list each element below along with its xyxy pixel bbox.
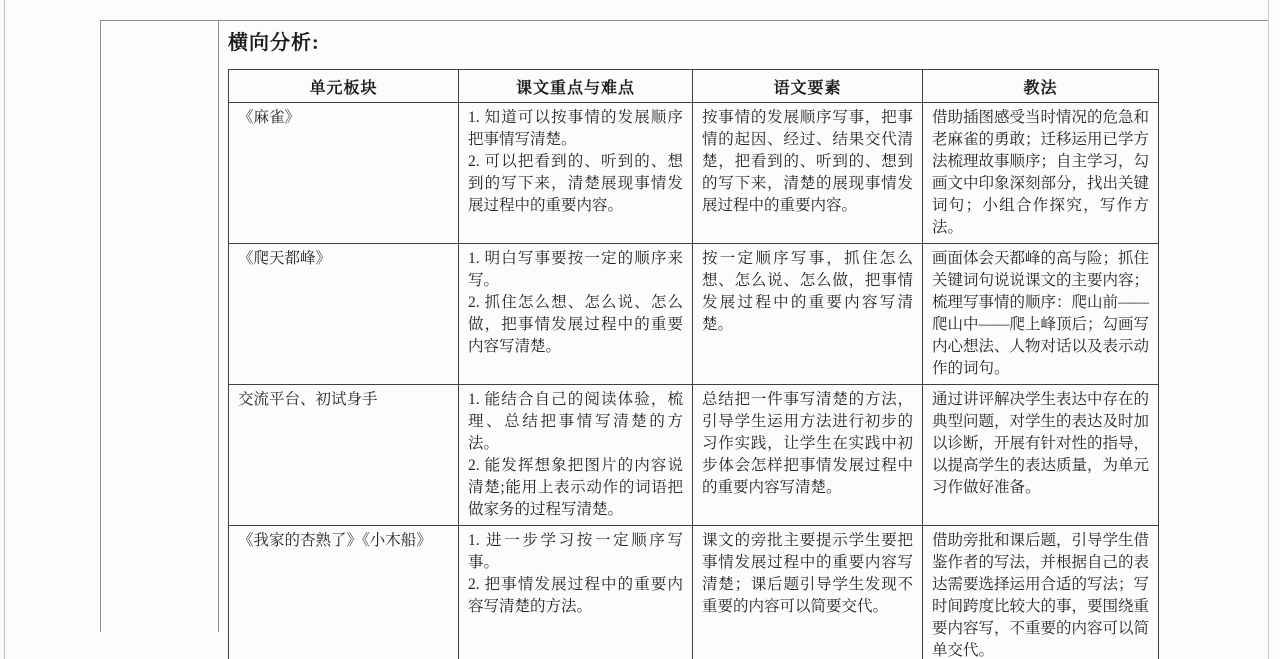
teaching-methods-cell: 借助插图感受当时情况的危急和老麻雀的勇敢；迁移运用已学方法梳理故事顺序；自主学习… — [923, 103, 1159, 244]
outer-table-left-border — [100, 20, 101, 632]
table-row: 《爬天都峰》 1. 明白写事要按一定的顺序来写。 2. 抓住怎么想、怎么说、怎么… — [229, 244, 1159, 385]
language-elements-cell: 按事情的发展顺序写事，把事情的起因、经过、结果交代清楚，把看到的、听到的、想到的… — [693, 103, 923, 244]
unit-section-cell: 《麻雀》 — [229, 103, 459, 244]
key-points-cell: 1. 能结合自己的阅读体验，梳理、总结把事情写清楚的方法。 2. 能发挥想象把图… — [459, 385, 693, 526]
language-elements-cell: 总结把一件事写清楚的方法，引导学生运用方法进行初步的习作实践，让学生在实践中初步… — [693, 385, 923, 526]
column-header-language-elements: 语文要素 — [693, 70, 923, 103]
key-points-cell: 1. 进一步学习按一定顺序写事。 2. 把事情发展过程中的重要内容写清楚的方法。 — [459, 526, 693, 659]
column-header-unit-section: 单元板块 — [229, 70, 459, 103]
unit-section-cell: 《爬天都峰》 — [229, 244, 459, 385]
column-header-key-points: 课文重点与难点 — [459, 70, 693, 103]
column-header-teaching-methods: 教法 — [923, 70, 1159, 103]
unit-section-cell: 交流平台、初试身手 — [229, 385, 459, 526]
main-cell-content: 横向分析: 单元板块 课文重点与难点 语文要素 教法 《麻雀》 1. 知 — [228, 26, 1162, 659]
page-edge-right-line — [1268, 0, 1269, 659]
page-edge-left-line — [4, 0, 5, 659]
header-row: 单元板块 课文重点与难点 语文要素 教法 — [229, 70, 1159, 103]
key-points-cell: 1. 知道可以按事情的发展顺序把事情写清楚。 2. 可以把看到的、听到的、想到的… — [459, 103, 693, 244]
table-row: 《我家的杏熟了》《小木船》 1. 进一步学习按一定顺序写事。 2. 把事情发展过… — [229, 526, 1159, 659]
language-elements-cell: 课文的旁批主要提示学生要把事情发展过程中的重要内容写清楚；课后题引导学生发现不重… — [693, 526, 923, 659]
unit-section-cell: 《我家的杏熟了》《小木船》 — [229, 526, 459, 659]
document-page: 横向分析: 单元板块 课文重点与难点 语文要素 教法 《麻雀》 1. 知 — [0, 0, 1280, 659]
section-title: 横向分析: — [228, 26, 1162, 55]
language-elements-cell: 按一定顺序写事，抓住怎么想、怎么说、怎么做，把事情发展过程中的重要内容写清楚。 — [693, 244, 923, 385]
outer-table-column-divider — [218, 20, 219, 632]
outer-table-top-border — [100, 20, 1268, 21]
table-row: 《麻雀》 1. 知道可以按事情的发展顺序把事情写清楚。 2. 可以把看到的、听到… — [229, 103, 1159, 244]
table-row: 交流平台、初试身手 1. 能结合自己的阅读体验，梳理、总结把事情写清楚的方法。 … — [229, 385, 1159, 526]
teaching-methods-cell: 借助旁批和课后题，引导学生借鉴作者的写法，并根据自己的表达需要选择运用合适的写法… — [923, 526, 1159, 659]
teaching-methods-cell: 画面体会天都峰的高与险；抓住关键词句说说课文的主要内容；梳理写事情的顺序：爬山前… — [923, 244, 1159, 385]
unit-analysis-table: 单元板块 课文重点与难点 语文要素 教法 《麻雀》 1. 知道可以按事情的发展顺… — [228, 69, 1159, 659]
key-points-cell: 1. 明白写事要按一定的顺序来写。 2. 抓住怎么想、怎么说、怎么做，把事情发展… — [459, 244, 693, 385]
teaching-methods-cell: 通过讲评解决学生表达中存在的典型问题，对学生的表达及时加以诊断，开展有针对性的指… — [923, 385, 1159, 526]
